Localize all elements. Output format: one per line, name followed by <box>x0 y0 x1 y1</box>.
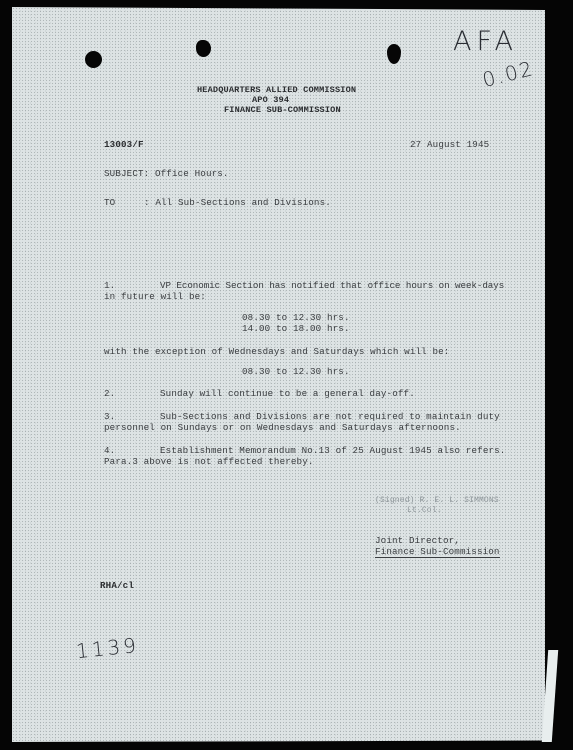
punch-hole-center <box>196 40 211 57</box>
to-label: TO <box>104 197 115 208</box>
paragraph-4-line-2: Para.3 above is not affected thereby. <box>104 456 314 467</box>
paragraph-1-number: 1. <box>104 280 115 291</box>
weekday-hours-morning: 08.30 to 12.30 hrs. <box>242 312 350 323</box>
signed-rank-line: Lt.Col. <box>407 505 442 516</box>
weekday-hours-afternoon: 14.00 to 18.00 hrs. <box>242 323 350 334</box>
paragraph-3-number: 3. <box>104 411 115 422</box>
punch-hole-left <box>85 51 102 68</box>
paragraph-4-number: 4. <box>104 445 115 456</box>
signatory-title: Joint Director, <box>375 535 460 546</box>
paragraph-2-line-1: Sunday will continue to be a general day… <box>160 388 415 399</box>
letterhead-line-3: FINANCE SUB-COMMISSION <box>224 105 341 116</box>
signatory-office: Finance Sub-Commission <box>375 546 500 558</box>
paragraph-2-number: 2. <box>104 388 115 399</box>
handwritten-archive-code: AFA <box>453 26 518 57</box>
wed-sat-hours: 08.30 to 12.30 hrs. <box>242 366 350 377</box>
paragraph-3-line-1: Sub-Sections and Divisions are not requi… <box>160 411 500 422</box>
typist-initials: RHA/cl <box>100 580 134 591</box>
reference-number: 13003/F <box>104 139 144 150</box>
subject-line: SUBJECT: Office Hours. <box>104 168 229 179</box>
paragraph-1-line-1: VP Economic Section has notified that of… <box>160 280 504 291</box>
to-recipients: : All Sub-Sections and Divisions. <box>144 197 331 208</box>
paragraph-3-line-2: personnel on Sundays or on Wednesdays an… <box>104 422 461 433</box>
document-date: 27 August 1945 <box>410 139 489 150</box>
paragraph-1-line-2: in future will be: <box>104 291 206 302</box>
paragraph-4-line-1: Establishment Memorandum No.13 of 25 Aug… <box>160 445 505 456</box>
paragraph-1-exception: with the exception of Wednesdays and Sat… <box>104 346 449 357</box>
